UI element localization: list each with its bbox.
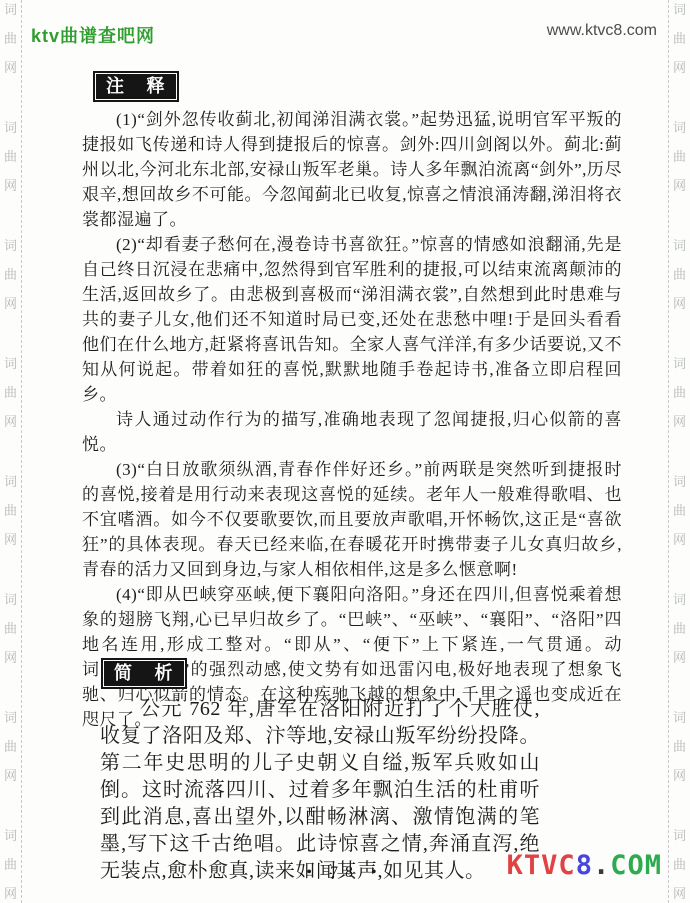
margin-watermark-char: 词 [0,357,21,371]
margin-watermark-char: 词 [0,711,21,725]
margin-watermark-char: 网 [0,887,21,901]
margin-watermark-char: 网 [0,415,21,429]
scanned-book-page: 词曲网词曲网词曲网词曲网词曲网词曲网词曲网词曲网 词曲网词曲网词曲网词曲网词曲网… [0,0,690,903]
brand-watermark-com: COM [610,850,662,881]
margin-watermark-char: 曲 [0,740,21,754]
margin-watermark-char: 词 [669,829,690,843]
brand-watermark: KTVC8.COM [507,850,662,881]
margin-watermark-char: 词 [669,593,690,607]
margin-watermark-char: 网 [669,297,690,311]
margin-watermark-group: 词曲网 [0,239,21,311]
margin-watermark-char: 词 [669,711,690,725]
margin-watermark-char: 词 [0,475,21,489]
margin-watermark-char: 曲 [669,504,690,518]
margin-watermark-char: 词 [669,239,690,253]
site-header: ktv曲谱查吧网 www.ktvc8.com [31,22,657,48]
margin-watermark-char: 词 [0,829,21,843]
analysis-section: 简 析 公元 762 年,唐军在洛阳附近打了个大胜仗,收复了洛阳及郑、汴等地,安… [100,660,540,885]
margin-watermark-char: 网 [669,769,690,783]
notes-body: (1)“剑外忽传收蓟北,初闻涕泪满衣裳。”起势迅猛,说明官军平叛的捷报如飞传递和… [82,107,622,732]
margin-watermark-char: 曲 [0,622,21,636]
margin-watermark-group: 词曲网 [0,3,21,75]
margin-watermark-group: 词曲网 [669,711,690,783]
margin-watermark-char: 词 [669,3,690,17]
margin-watermark-group: 词曲网 [0,357,21,429]
margin-watermark-group: 词曲网 [0,475,21,547]
margin-watermark-char: 曲 [669,268,690,282]
margin-watermark-char: 曲 [0,32,21,46]
margin-watermark-char: 网 [669,887,690,901]
margin-watermark-char: 词 [0,121,21,135]
margin-watermark-group: 词曲网 [669,3,690,75]
margin-watermark-char: 网 [0,769,21,783]
margin-watermark-char: 网 [0,651,21,665]
analysis-paragraph-1: 公元 762 年,唐军在洛阳附近打了个大胜仗,收复了洛阳及郑、汴等地,安禄山叛军… [100,696,540,885]
margin-watermark-char: 曲 [669,386,690,400]
brand-watermark-dot: . [593,850,610,881]
margin-watermark-group: 词曲网 [669,121,690,193]
margin-watermark-group: 词曲网 [669,357,690,429]
margin-watermark-group: 词曲网 [0,121,21,193]
analysis-section-title: 简 析 [103,660,185,687]
margin-watermark-char: 网 [0,61,21,75]
margin-watermark-group: 词曲网 [669,475,690,547]
analysis-body: 公元 762 年,唐军在洛阳附近打了个大胜仗,收复了洛阳及郑、汴等地,安禄山叛军… [100,696,540,885]
brand-watermark-8: 8 [576,850,593,881]
margin-watermark-char: 词 [669,357,690,371]
margin-watermark-char: 曲 [0,386,21,400]
note-paragraph-4: (3)“白日放歌须纵酒,青春作伴好还乡。”前两联是突然听到捷报时的喜悦,接着是用… [82,457,622,582]
margin-watermark-char: 网 [669,651,690,665]
note-paragraph-1: (1)“剑外忽传收蓟北,初闻涕泪满衣裳。”起势迅猛,说明官军平叛的捷报如飞传递和… [82,107,622,232]
brand-watermark-ktvc: KTVC [507,850,576,881]
margin-watermark-char: 网 [0,297,21,311]
note-paragraph-3: 诗人通过动作行为的描写,准确地表现了忽闻捷报,归心似箭的喜悦。 [82,407,622,457]
margin-watermark-group: 词曲网 [669,593,690,665]
margin-watermark-char: 曲 [0,150,21,164]
margin-watermark-group: 词曲网 [0,593,21,665]
left-margin-watermark-column: 词曲网词曲网词曲网词曲网词曲网词曲网词曲网词曲网 [0,0,22,903]
margin-watermark-char: 曲 [669,740,690,754]
margin-watermark-char: 词 [669,475,690,489]
margin-watermark-char: 网 [0,179,21,193]
notes-section: 注 释 (1)“剑外忽传收蓟北,初闻涕泪满衣裳。”起势迅猛,说明官军平叛的捷报如… [82,73,622,732]
margin-watermark-char: 词 [0,3,21,17]
margin-watermark-char: 网 [0,533,21,547]
site-name: ktv曲谱查吧网 [31,22,155,48]
margin-watermark-char: 曲 [669,32,690,46]
margin-watermark-char: 网 [669,415,690,429]
right-margin-watermark-column: 词曲网词曲网词曲网词曲网词曲网词曲网词曲网词曲网 [668,0,690,903]
margin-watermark-char: 词 [0,239,21,253]
margin-watermark-char: 词 [669,121,690,135]
margin-watermark-char: 网 [669,179,690,193]
margin-watermark-char: 曲 [0,268,21,282]
margin-watermark-char: 曲 [669,150,690,164]
margin-watermark-group: 词曲网 [0,711,21,783]
margin-watermark-char: 曲 [0,504,21,518]
margin-watermark-char: 网 [669,61,690,75]
notes-section-title: 注 释 [95,73,177,100]
margin-watermark-char: 网 [669,533,690,547]
margin-watermark-char: 词 [0,593,21,607]
margin-watermark-char: 曲 [669,622,690,636]
note-paragraph-2: (2)“却看妻子愁何在,漫卷诗书喜欲狂。”惊喜的情感如浪翻涌,先是自己终日沉浸在… [82,232,622,407]
site-url: www.ktvc8.com [547,22,657,40]
margin-watermark-group: 词曲网 [669,239,690,311]
